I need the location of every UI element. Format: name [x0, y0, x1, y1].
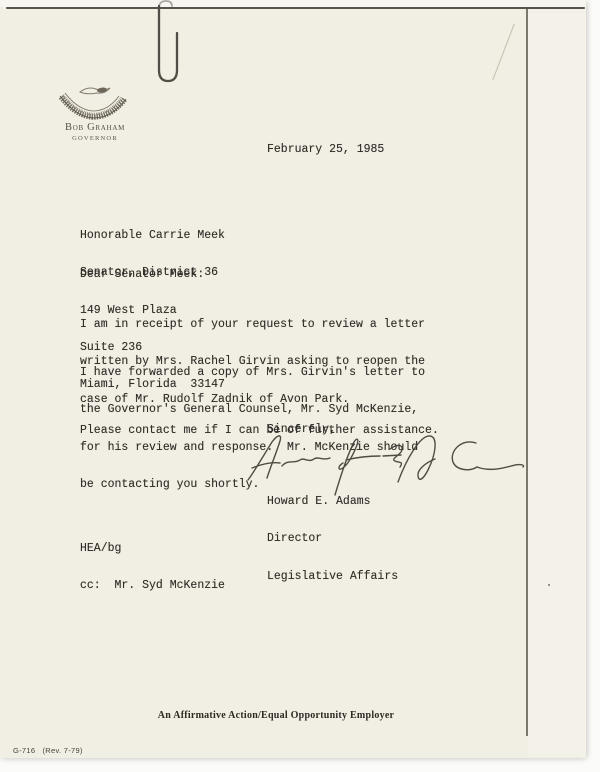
date-line: February 25, 1985 [267, 144, 384, 156]
reference-block: HEA/bg cc: Mr. Syd McKenzie [80, 518, 225, 618]
body-line: I have forwarded a copy of Mrs. Girvin's… [80, 367, 425, 379]
letterhead-title: GOVERNOR [52, 135, 138, 142]
eeo-statement: An Affirmative Action/Equal Opportunity … [0, 710, 552, 721]
salutation: Dear Senator Meek: [80, 269, 204, 281]
signer-department: Legislative Affairs [267, 571, 398, 583]
underlying-page [528, 9, 586, 757]
cc-line: cc: Mr. Syd McKenzie [80, 580, 225, 592]
scanned-letter: Bob Graham GOVERNOR February 25, 1985 Ho… [0, 0, 600, 772]
state-seal-icon [56, 84, 134, 122]
recipient-line: Honorable Carrie Meek [80, 230, 225, 242]
signer-title: Director [267, 533, 398, 545]
signature-block: Howard E. Adams Director Legislative Aff… [267, 471, 398, 608]
dust-speck [548, 584, 550, 586]
letterhead-name: Bob Graham [52, 122, 138, 133]
typist-initials: HEA/bg [80, 543, 225, 555]
page-top-edge [6, 7, 585, 9]
signer-name: Howard E. Adams [267, 496, 398, 508]
body-line: I am in receipt of your request to revie… [80, 319, 425, 331]
paper-top-gap [0, 0, 586, 7]
paperclip [148, 0, 192, 90]
page-edge-line [526, 9, 528, 736]
form-number: G-716 (Rev. 7-79) [13, 746, 83, 755]
